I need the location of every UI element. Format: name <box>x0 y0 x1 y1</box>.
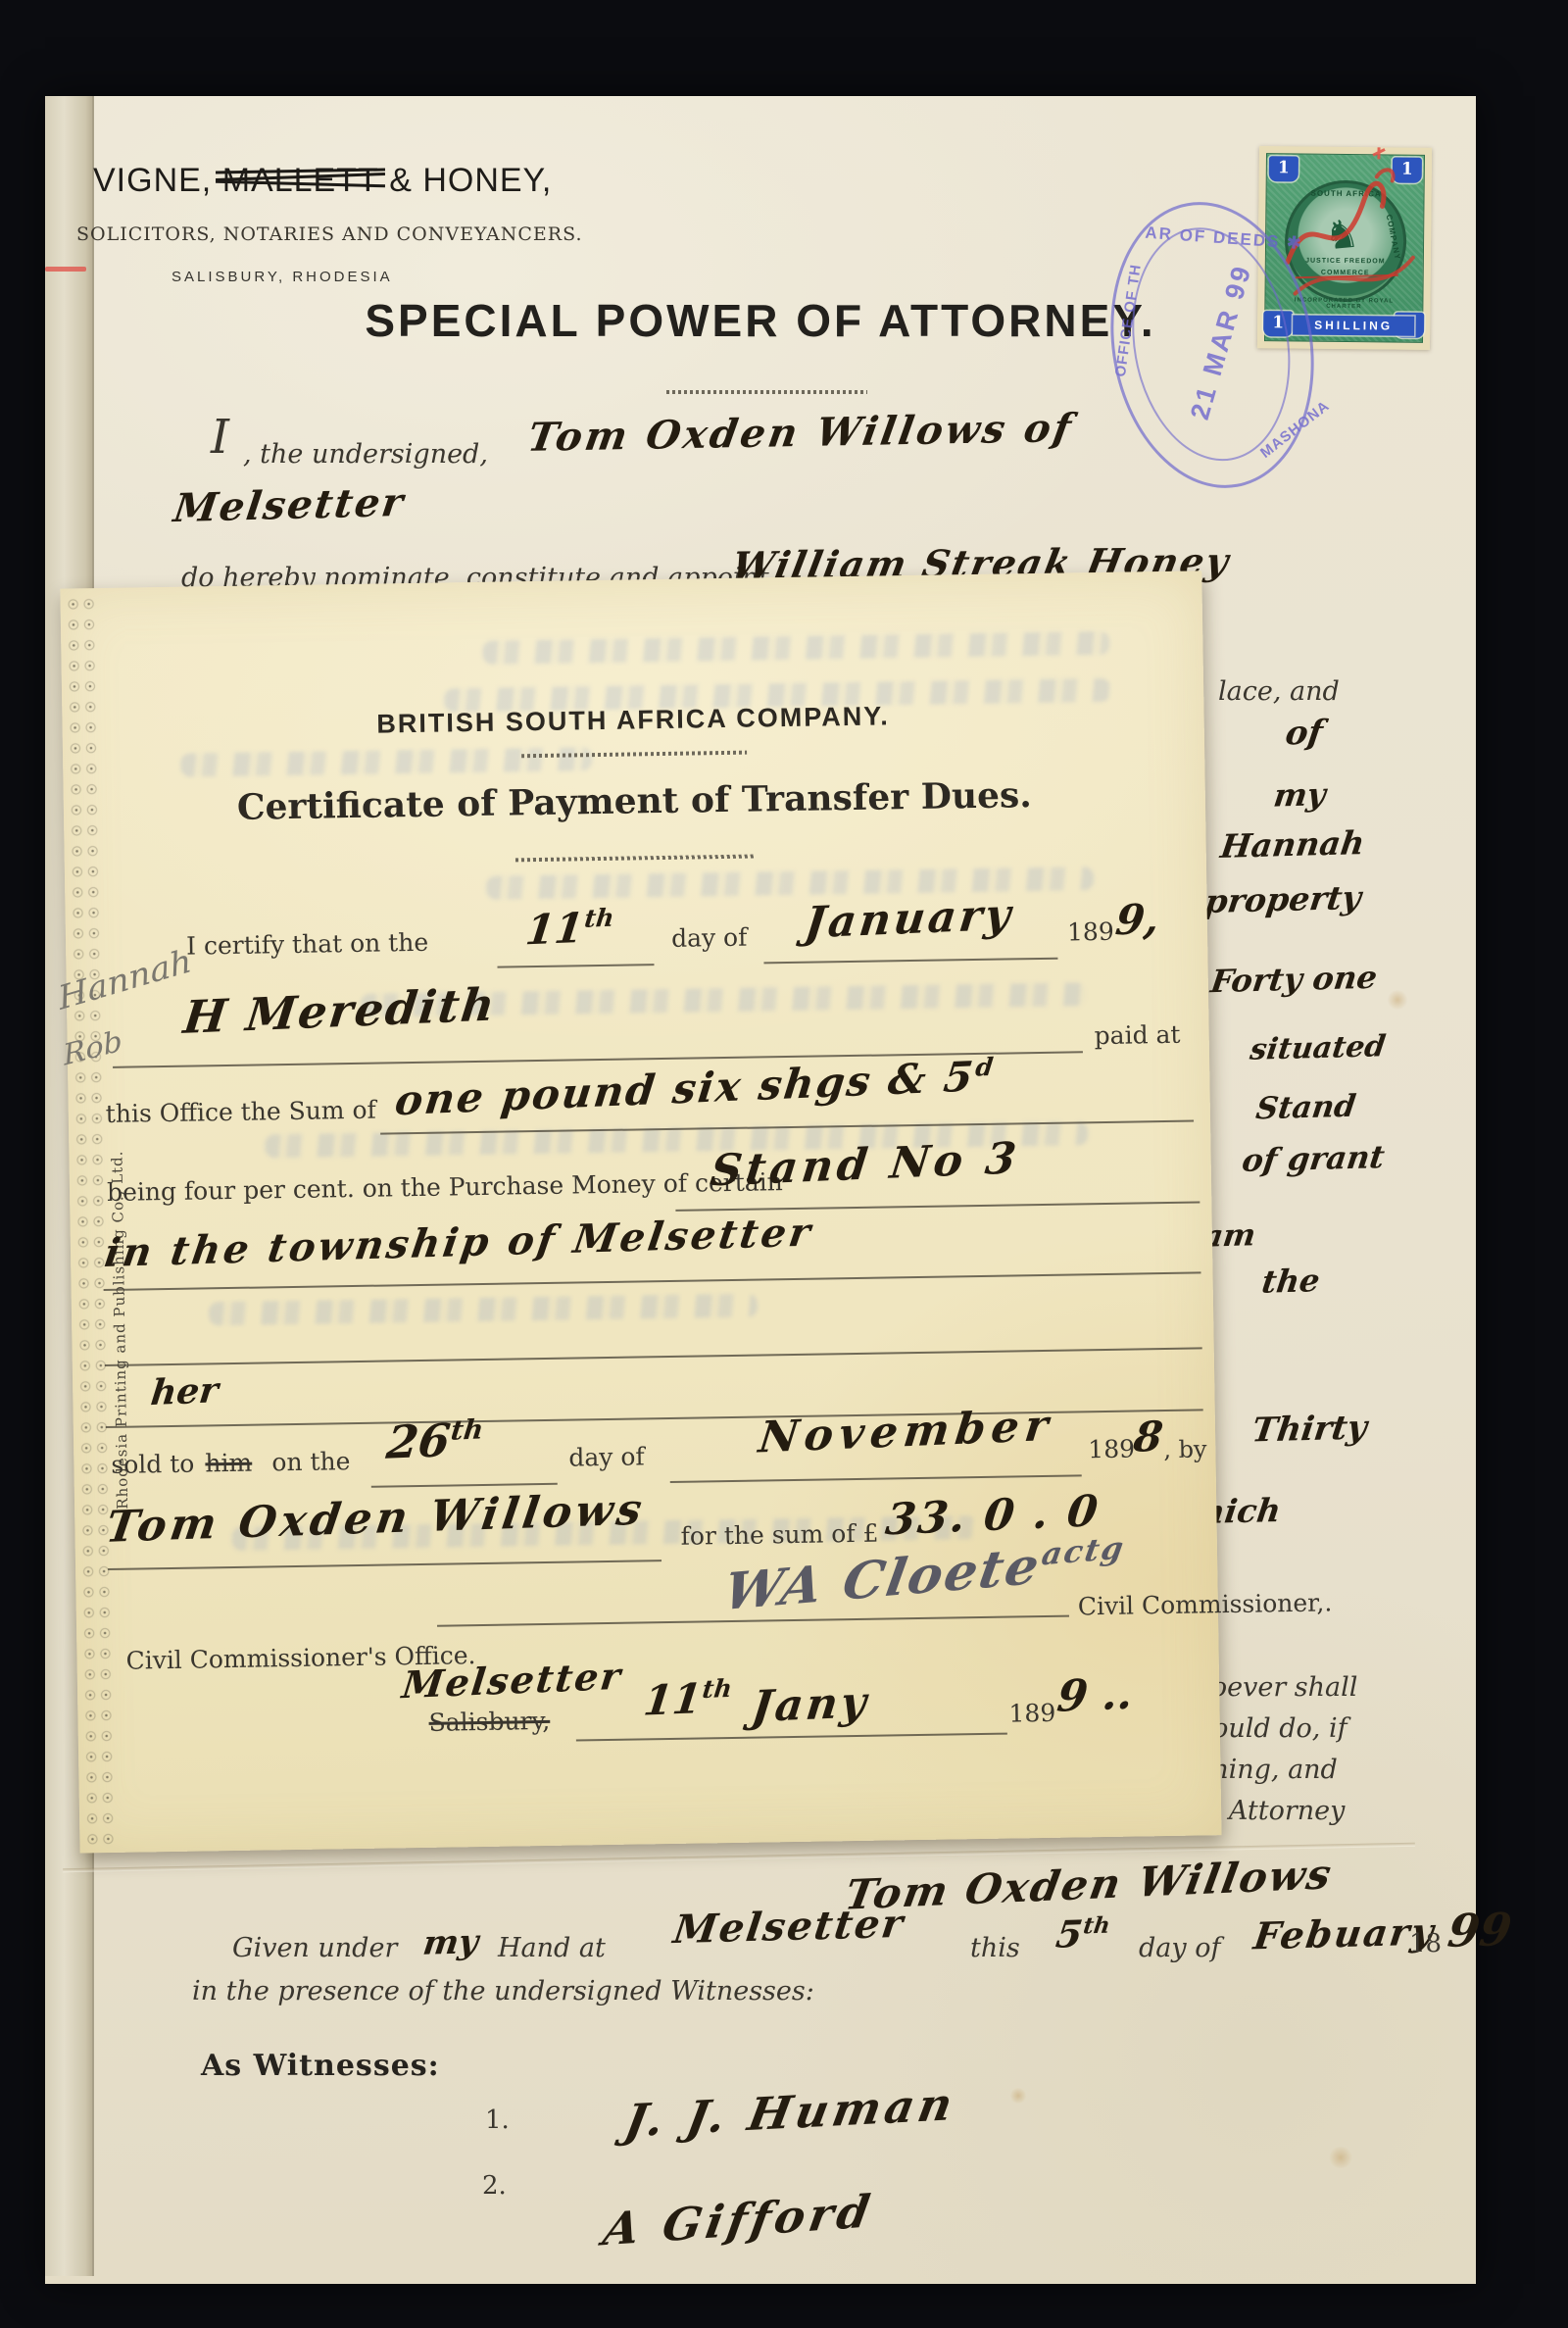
closing-day-hand: 5th <box>1053 1910 1112 1956</box>
letterhead-subtitle: SOLICITORS, NOTARIES AND CONVEYANCERS. <box>76 223 582 245</box>
firm-name-pre: VIGNE, <box>93 162 212 199</box>
cert-line1-printed: I certify that on the <box>186 928 428 961</box>
closing-year-hand: 99 <box>1445 1903 1514 1957</box>
witness-number-2: 2. <box>482 2171 507 2201</box>
fox-spot <box>1009 2088 1027 2104</box>
cert-date-day-hand: 11th <box>641 1673 733 1725</box>
right-hand-fragment: the <box>1259 1262 1322 1301</box>
fox-spot <box>1328 2147 1353 2168</box>
principal-place-hand: Melsetter <box>171 479 407 531</box>
cert-sale-year-printed: 189 <box>1088 1435 1135 1464</box>
right-printed-fragment: d Attorney <box>1203 1796 1345 1826</box>
letterhead-location: SALISBURY, RHODESIA <box>171 269 393 285</box>
cert-dayof2-printed: day of <box>568 1442 645 1471</box>
certificate-title: Certificate of Payment of Transfer Dues. <box>64 771 1206 830</box>
cert-township-hand: in the township of Melsetter <box>102 1210 816 1277</box>
cert-year-printed: 189 <box>1067 917 1114 947</box>
closing-given-printed: Given under <box>232 1933 397 1963</box>
blank-rule <box>105 1347 1202 1366</box>
commissioner-place-hand: Melsetter <box>400 1654 625 1707</box>
right-printed-fragment: lace, and <box>1218 676 1340 707</box>
closing-witness-line: in the presence of the undersigned Witne… <box>192 1976 814 2006</box>
cert-by-printed: , by <box>1163 1435 1207 1463</box>
commissioner-title-printed: Civil Commissioner,. <box>1078 1588 1333 1620</box>
cert-paidat-printed: paid at <box>1094 1020 1180 1050</box>
fox-spot <box>1387 990 1408 1010</box>
right-hand-fragment: property <box>1202 878 1363 920</box>
ink-showthrough <box>482 631 1109 665</box>
cert-month-hand: January <box>802 890 1015 949</box>
right-printed-fragment: soever shall <box>1198 1672 1357 1703</box>
cert-sale-day-hand: 26th <box>384 1412 485 1469</box>
intro-capital-i: I <box>211 410 229 465</box>
cert-soldto-printed: sold to <box>111 1450 194 1479</box>
header-flourish <box>515 855 756 863</box>
right-hand-fragment: Thirty <box>1249 1408 1369 1450</box>
scanned-document: VIGNE, MALLETT & HONEY, SOLICITORS, NOTA… <box>0 0 1568 2328</box>
firm-name-post: & HONEY, <box>389 162 552 199</box>
cert-date-year-hand: 9 .. <box>1054 1669 1136 1722</box>
title-flourish <box>666 390 867 394</box>
cert-sale-year-hand: 8 <box>1131 1412 1165 1461</box>
cert-line4-printed: being four per cent. on the Purchase Mon… <box>107 1167 783 1207</box>
cert-sale-month-hand: November <box>757 1401 1057 1463</box>
right-hand-fragment: Hannah <box>1218 823 1367 866</box>
cert-year-hand: 9, <box>1113 894 1162 944</box>
red-margin-mark <box>45 267 86 272</box>
right-printed-fragment: ming, and <box>1203 1755 1338 1785</box>
ink-showthrough <box>209 1294 758 1326</box>
cert-payer-hand: H Meredith <box>181 977 500 1043</box>
letterhead-firm-line: VIGNE, MALLETT & HONEY, <box>93 162 552 200</box>
ink-showthrough <box>180 747 592 777</box>
principal-name-hand: Tom Oxden Willows of <box>524 405 1077 461</box>
closing-year-printed: 18 <box>1409 1929 1442 1958</box>
right-hand-fragment: my <box>1271 775 1328 814</box>
right-hand-fragment: of grant <box>1240 1138 1387 1179</box>
closing-this-printed: this <box>970 1933 1020 1963</box>
right-hand-fragment: Forty one <box>1208 959 1379 1000</box>
cert-sum-printed: for the sum of £ <box>680 1519 878 1551</box>
cert-dayof-printed: day of <box>671 923 748 953</box>
firm-name-struck: MALLETT <box>222 162 379 199</box>
closing-dayof-printed: day of <box>1139 1933 1220 1963</box>
closing-handat-printed: Hand at <box>498 1933 606 1963</box>
intro-undersigned: , the undersigned, <box>243 439 488 470</box>
salisbury-struck: Salisbury, <box>428 1707 550 1737</box>
cert-line3-printed: this Office the Sum of <box>106 1096 376 1128</box>
closing-my-hand: my <box>420 1922 480 1962</box>
cert-day-hand: 11th <box>523 903 615 955</box>
transfer-dues-certificate: Rhodesia Printing and Publishing Co., Lt… <box>60 570 1221 1853</box>
right-hand-fragment: Stand <box>1253 1089 1357 1127</box>
cert-date-month-hand: Jany <box>749 1677 871 1732</box>
witness-number-1: 1. <box>485 2105 510 2135</box>
witnesses-heading: As Witnesses: <box>201 2049 440 2083</box>
cert-her-hand: her <box>149 1369 220 1413</box>
cert-date-year-printed: 189 <box>1008 1699 1055 1728</box>
cert-him-struck: him <box>205 1449 252 1478</box>
closing-place-hand: Melsetter <box>670 1901 906 1953</box>
cert-onthe-printed: on the <box>271 1447 350 1476</box>
right-hand-fragment: situated <box>1248 1029 1387 1067</box>
right-hand-fragment: of <box>1283 714 1325 754</box>
